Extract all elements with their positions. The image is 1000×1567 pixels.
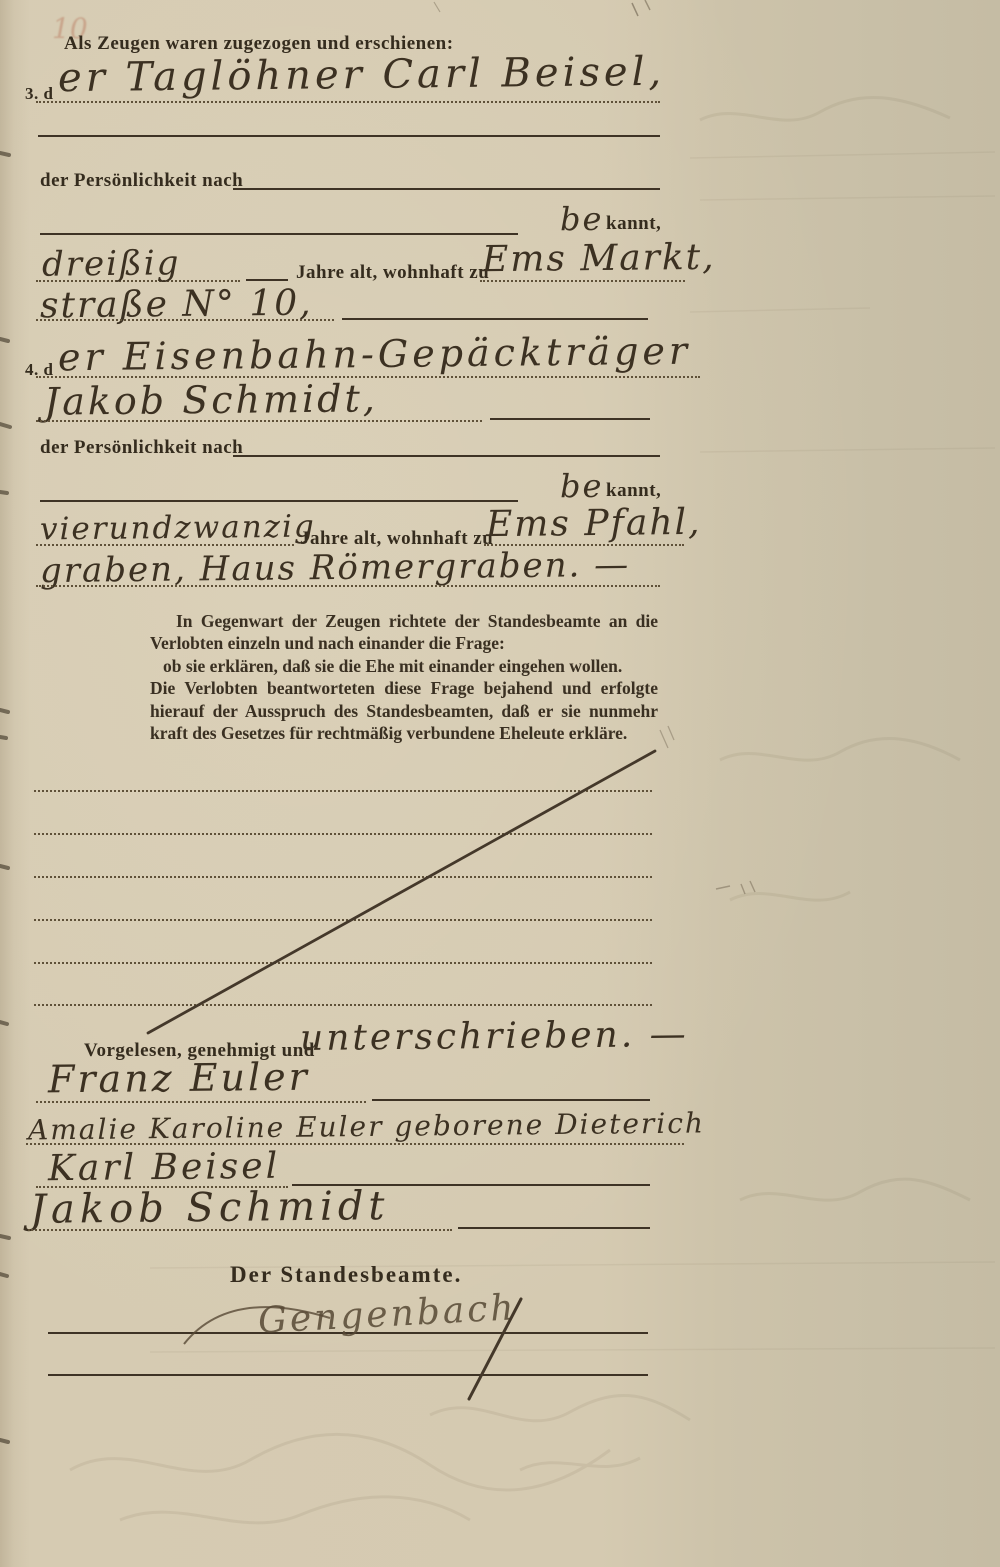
pen-mark	[645, 0, 650, 10]
witness4-known-handwriting: be	[560, 467, 604, 505]
rule-empty-4	[34, 919, 652, 921]
declaration-paragraph: In Gegenwart der Zeugen richtete der Sta…	[150, 610, 658, 744]
rule-registrar-line2	[48, 1374, 648, 1376]
witness3-age-handwriting: dreißig	[42, 243, 181, 284]
margin-mark	[660, 726, 674, 748]
rule-residence2-fill	[36, 585, 660, 587]
registry-document-page: 10 Als Zeugen waren zugezogen und erschi…	[0, 0, 1000, 1567]
rule-identity-fill	[233, 188, 660, 190]
rule-sig4-blank	[458, 1227, 650, 1229]
rule-street-fill	[36, 319, 334, 321]
witness4-name-handwriting: Jakob Schmidt,	[44, 376, 378, 423]
declaration-para2: ob sie erklären, daß sie die Ehe mit ein…	[150, 655, 658, 677]
rule-sig1-fill	[36, 1101, 366, 1103]
rule-empty-1	[34, 790, 652, 792]
margin-mark	[716, 886, 730, 889]
binding-edge-marks	[0, 153, 10, 1442]
rule-witness3-entry	[36, 101, 660, 103]
rule-street-blank	[342, 318, 648, 320]
witness3-age-label: Jahre alt, wohnhaft zu	[296, 262, 489, 284]
witness4-residence1-handwriting: Ems Pfahl,	[486, 502, 702, 545]
rule-sig1-blank	[372, 1099, 650, 1101]
witness3-index: 3. d	[25, 84, 53, 104]
witness3-known-handwriting: be	[560, 200, 604, 238]
signature-karl-beisel: Karl Beisel	[48, 1146, 281, 1189]
rule-blank	[38, 135, 660, 137]
registrar-title: Der Standesbeamte.	[230, 1262, 462, 1288]
signature-franz-euler: Franz Euler	[48, 1055, 310, 1102]
margin-mark	[741, 881, 755, 894]
declaration-para3: Die Verlobten beantworteten diese Frage …	[150, 677, 658, 744]
closing-handwriting: unterschrieben. —	[300, 1014, 689, 1059]
pen-mark	[632, 3, 638, 16]
pen-mark	[434, 2, 440, 12]
witness4-age-handwriting: vierundzwanzig	[40, 509, 316, 548]
rule-identity-fill2	[233, 455, 660, 457]
witness4-identity-label: der Persönlichkeit nach	[40, 437, 243, 459]
rule-empty-2	[34, 833, 652, 835]
witness4-known-printed: kannt,	[606, 480, 661, 502]
rule-sig4-fill	[28, 1229, 452, 1231]
witness3-residence1-handwriting: Ems Markt,	[482, 237, 716, 280]
rule-empty-3	[34, 876, 652, 878]
strike-through-diagonal	[148, 751, 655, 1033]
witness4-entry-handwriting: er Eisenbahn-Gepäckträger	[58, 329, 691, 380]
rule-residence-fill	[480, 280, 685, 282]
rule-empty-6	[34, 1004, 652, 1006]
rule-known-fill2	[40, 500, 518, 502]
witness3-identity-label: der Persönlichkeit nach	[40, 170, 243, 192]
rule-name-fill	[36, 420, 482, 422]
rule-known-fill	[40, 233, 518, 235]
rule-name-blank	[490, 418, 650, 420]
signature-amalie-euler: Amalie Karoline Euler geborene Dieterich	[28, 1106, 705, 1146]
declaration-para1: In Gegenwart der Zeugen richtete der Sta…	[150, 610, 658, 655]
witness3-entry-handwriting: er Taglöhner Carl Beisel,	[58, 49, 666, 101]
rule-age-fill2	[36, 544, 294, 546]
witness3-known-printed: kannt,	[606, 213, 661, 235]
signature-jakob-schmidt: Jakob Schmidt	[30, 1183, 390, 1233]
rule-empty-5	[34, 962, 652, 964]
rule-sig2-fill	[26, 1143, 684, 1145]
rule-age-gap	[246, 279, 288, 281]
